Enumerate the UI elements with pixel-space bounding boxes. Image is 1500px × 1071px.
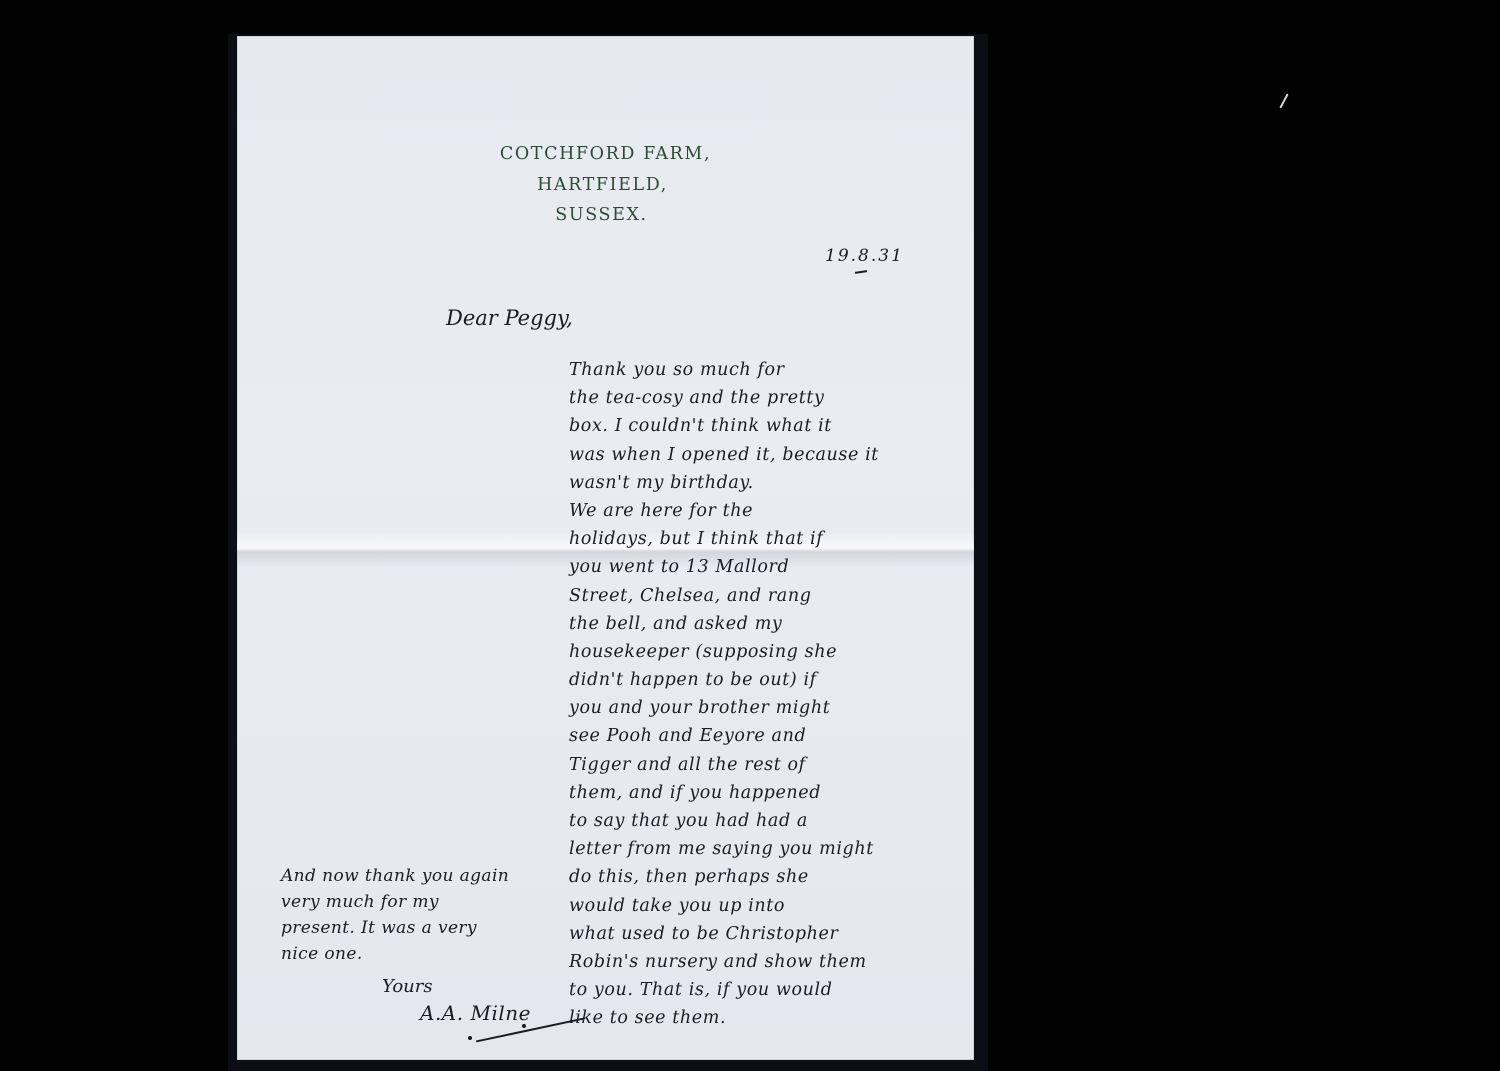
body-line: didn't happen to be out) if	[569, 666, 949, 694]
body-line: would take you up into	[569, 892, 949, 920]
postscript: And now thank you again very much for my…	[281, 863, 581, 967]
letterhead-line-2: HARTFIELD,	[231, 170, 974, 201]
salutation: Dear Peggy,	[446, 306, 573, 330]
letter-sheet: COTCHFORD FARM, HARTFIELD, SUSSEX. 19.8.…	[237, 36, 974, 1060]
postscript-line: nice one.	[281, 941, 581, 967]
letterhead: COTCHFORD FARM, HARTFIELD, SUSSEX.	[237, 139, 974, 231]
signature: A.A. Milne	[420, 1001, 531, 1025]
postscript-line: very much for my	[281, 889, 581, 915]
body-line: what used to be Christopher	[569, 920, 949, 948]
body-line: to say that you had had a	[569, 807, 949, 835]
body-line: housekeeper (supposing she	[569, 638, 949, 666]
body-line: the tea-cosy and the pretty	[569, 384, 949, 412]
photo-scene: COTCHFORD FARM, HARTFIELD, SUSSEX. 19.8.…	[0, 0, 1500, 1071]
body-line: Thank you so much for	[569, 356, 949, 384]
body-line: Robin's nursery and show them	[569, 948, 949, 976]
body-line: was when I opened it, because it	[569, 441, 949, 469]
body-line: to you. That is, if you would	[569, 976, 949, 1004]
body-line: them, and if you happened	[569, 779, 949, 807]
letter-date: 19.8.31	[825, 246, 904, 266]
body-line: Street, Chelsea, and rang	[569, 582, 949, 610]
body-line: you and your brother might	[569, 694, 949, 722]
body-line: holidays, but I think that if	[569, 525, 949, 553]
body-line: We are here for the	[569, 497, 949, 525]
letterhead-line-1: COTCHFORD FARM,	[237, 139, 974, 170]
body-line: the bell, and asked my	[569, 610, 949, 638]
signature-dot	[468, 1036, 472, 1040]
dust-glint	[1279, 93, 1288, 108]
body-line: like to see them.	[569, 1004, 949, 1032]
body-line: wasn't my birthday.	[569, 469, 949, 497]
body-line: see Pooh and Eeyore and	[569, 722, 949, 750]
letterhead-line-3: SUSSEX.	[229, 200, 974, 231]
body-line: Tigger and all the rest of	[569, 751, 949, 779]
body-line: you went to 13 Mallord	[569, 553, 949, 581]
postscript-line: And now thank you again	[281, 863, 581, 889]
body-line: box. I couldn't think what it	[569, 412, 949, 440]
body-line: letter from me saying you might	[569, 835, 949, 863]
postscript-line: present. It was a very	[281, 915, 581, 941]
signature-dot	[522, 1024, 526, 1028]
body-line: do this, then perhaps she	[569, 863, 949, 891]
date-underline-mark	[855, 270, 867, 274]
closing: Yours	[382, 976, 433, 997]
letter-body: Thank you so much for the tea-cosy and t…	[569, 356, 949, 1033]
